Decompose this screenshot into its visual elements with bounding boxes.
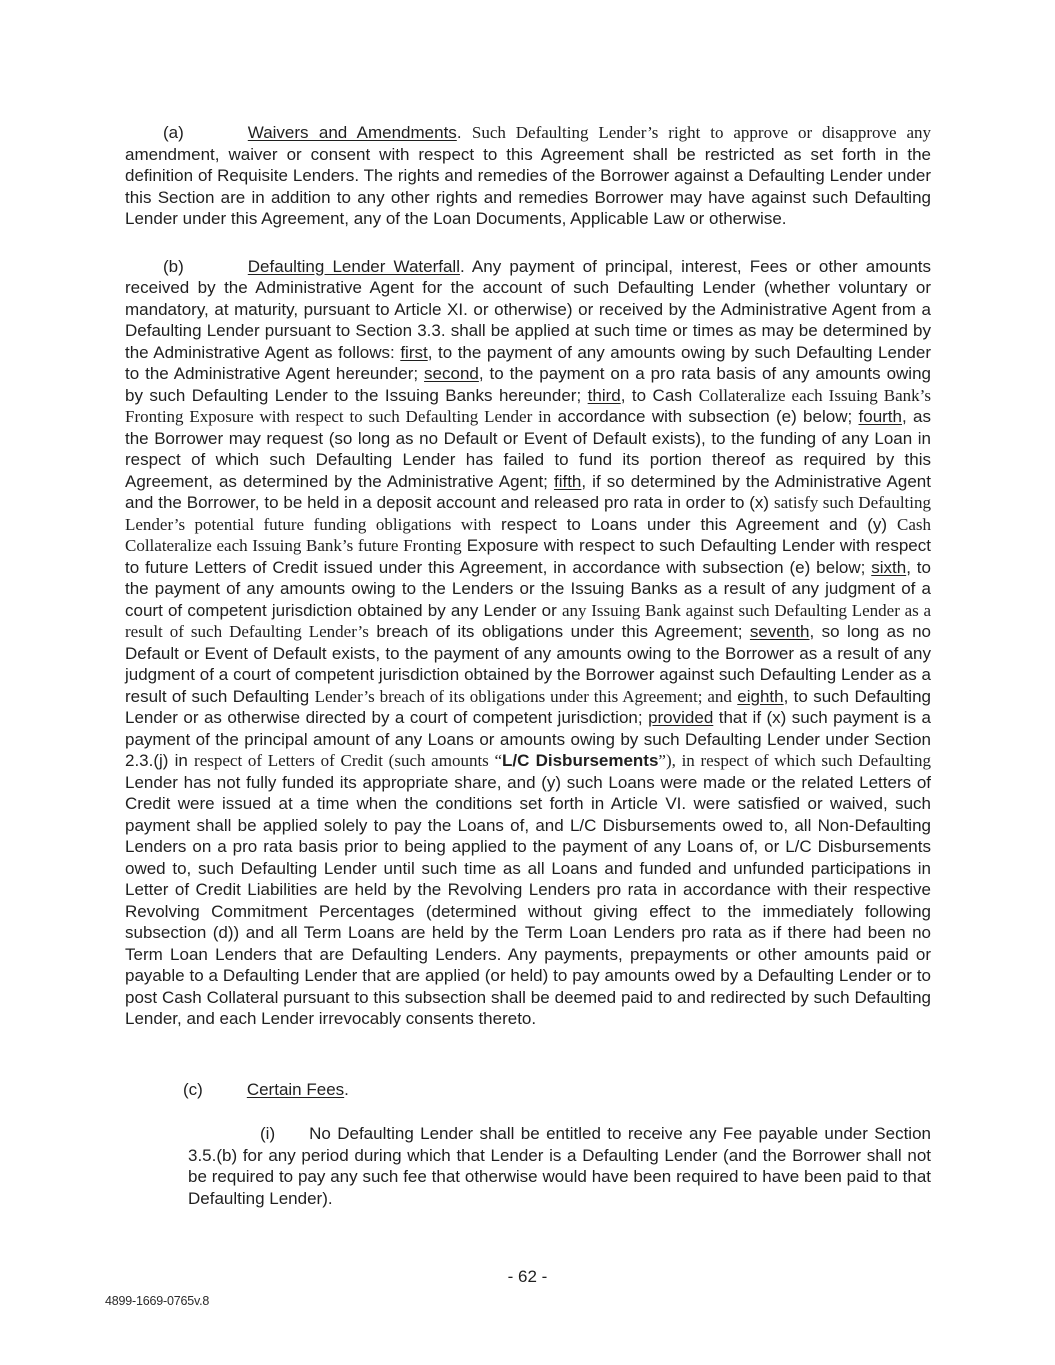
text-run: (b) [163,257,184,276]
text-run: Lender has not fully funded its appropri… [125,773,931,1029]
text-run: Such Defaulting Lender’s right to approv… [472,123,931,142]
text-run: first [400,343,427,362]
text-run: sixth [871,558,906,577]
text-run: Certain Fees [247,1080,344,1099]
text-run: seventh [750,622,810,641]
para-a: (a)Waivers and Amendments. Such Defaulti… [125,122,931,230]
text-run: amendment, waiver or consent with respec… [125,145,931,229]
text-run: respect to Loans under this Agreement an… [491,515,897,534]
text-run: Waivers and Amendments [248,123,457,142]
text-run: (a) [163,123,184,142]
text-run: . [457,123,472,142]
text-run: (c) [183,1080,203,1099]
text-run: accordance with subsection (e) below; [551,407,858,426]
para-c: (c)Certain Fees. [125,1079,931,1101]
text-run: fourth [859,407,902,426]
text-run: eighth [737,687,783,706]
text-run: Lender’s breach of its obligations under… [315,687,732,706]
text-run: fifth [554,472,581,491]
text-run: respect of Letters of Credit (such amoun… [194,751,502,770]
document-page: (a)Waivers and Amendments. Such Defaulti… [0,0,1055,1365]
text-run: No Defaulting Lender shall be entitled t… [188,1124,931,1208]
text-run: L/C Disbursements [502,751,658,770]
text-run: . [344,1080,349,1099]
text-run: second [424,364,479,383]
para-c-i: (i)No Defaulting Lender shall be entitle… [188,1123,931,1209]
text-run: provided [648,708,713,727]
document-id-stamp: 4899-1669-0765v.8 [105,1291,209,1313]
para-b: (b)Defaulting Lender Waterfall. Any paym… [125,256,931,1030]
text-run: third [588,386,621,405]
page-number: - 62 - [0,1266,1055,1288]
text-run: breach of its obligations under this Agr… [369,622,750,641]
document-body: (a)Waivers and Amendments. Such Defaulti… [125,122,931,1209]
text-run: ”), in respect of which such Defaulting [658,751,931,770]
text-run: Defaulting Lender Waterfall [248,257,460,276]
text-run: , to Cash [621,386,699,405]
text-run: (i) [260,1124,275,1143]
